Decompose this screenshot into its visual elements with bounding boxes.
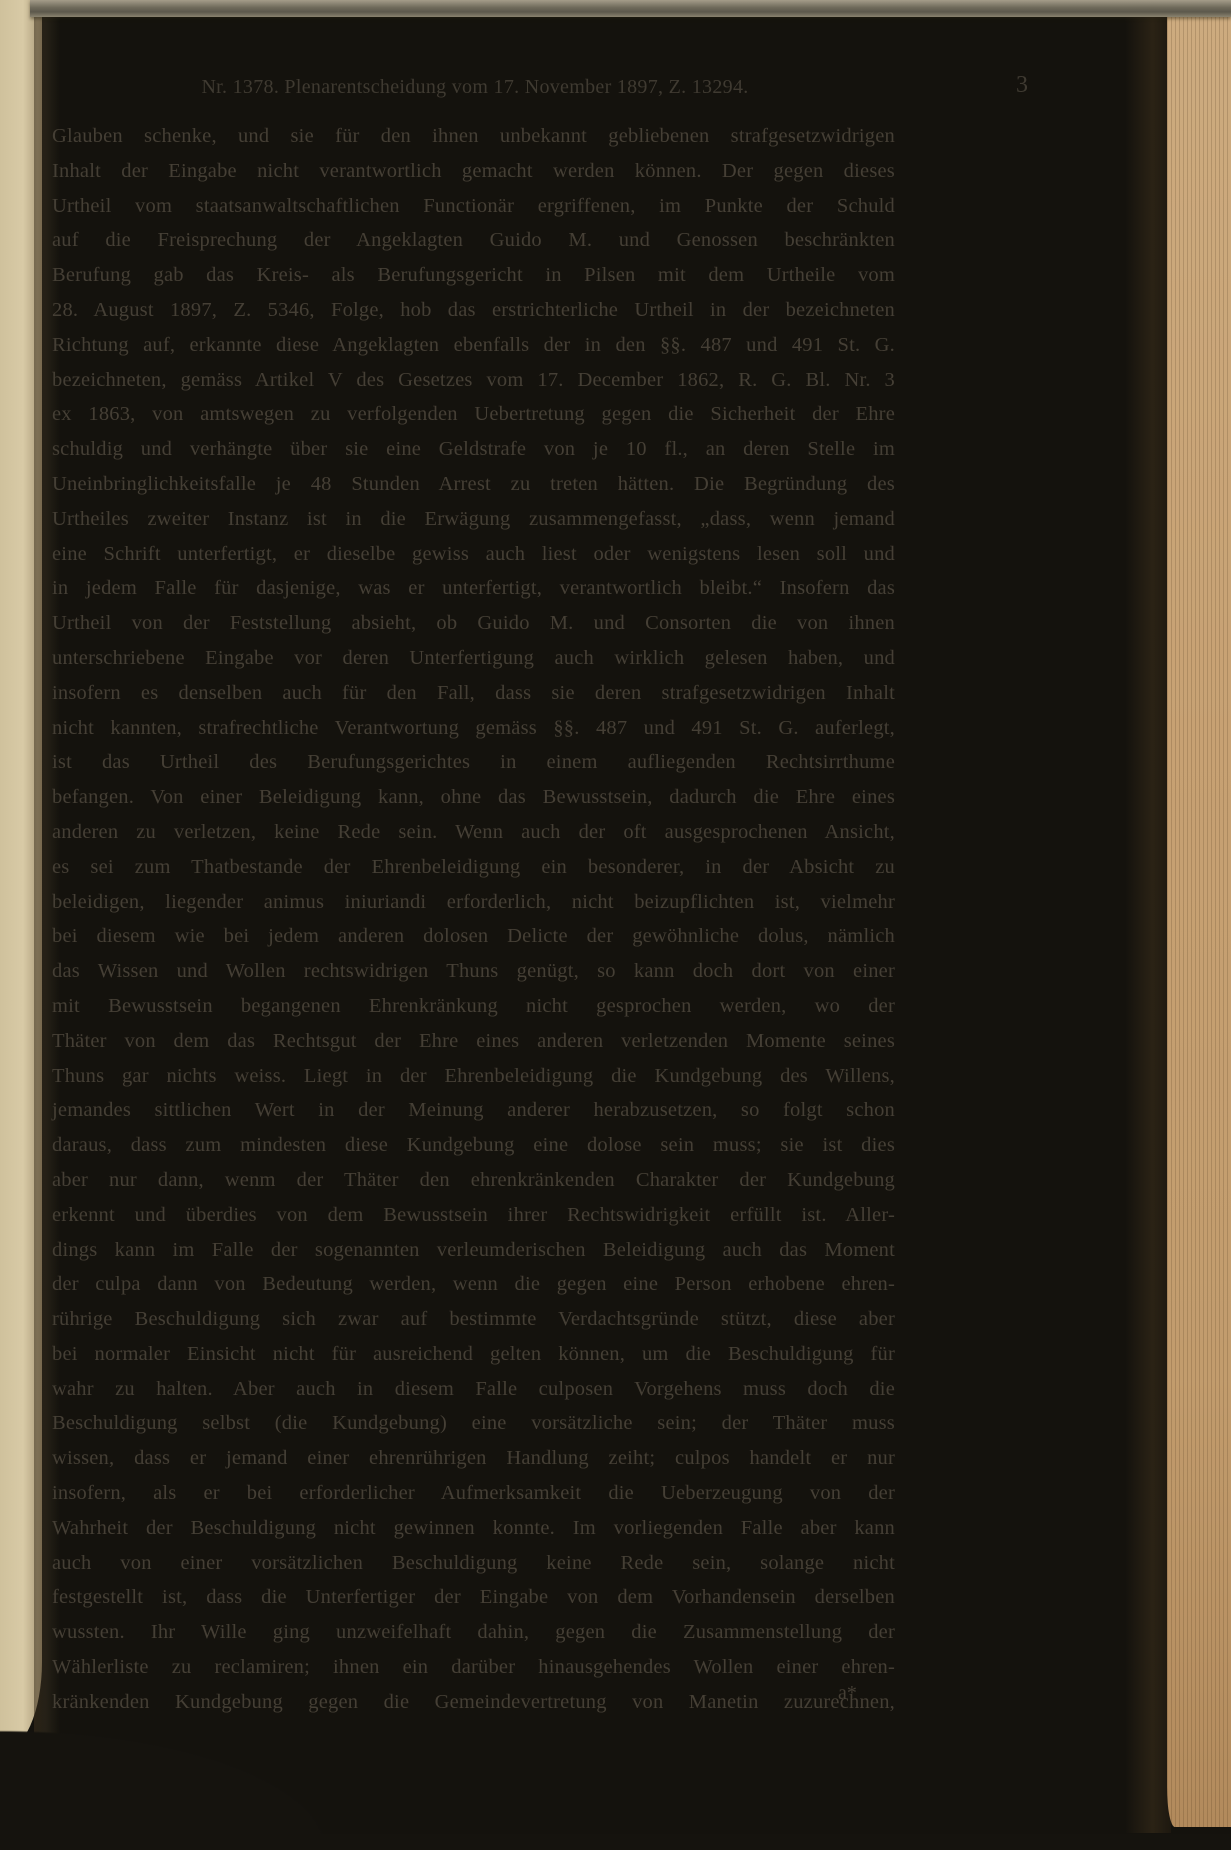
text-line: in jedem Falle für dasjenige, was er unt… <box>52 571 895 606</box>
text-line: ist das Urtheil des Berufungsgerichtes i… <box>52 745 895 780</box>
text-line: Thäter von dem das Rechtsgut der Ehre ei… <box>52 1024 895 1059</box>
background-shadow <box>0 1700 470 1850</box>
text-line: eine Schrift unterfertigt, er dieselbe g… <box>52 537 895 572</box>
page-number: 3 <box>1016 72 1028 99</box>
text-line: bei diesem wie bei jedem anderen dolosen… <box>52 919 895 954</box>
text-line: kränkenden Kundgebung gegen die Gemeinde… <box>52 1685 895 1720</box>
text-line: jemandes sittlichen Wert in der Meinung … <box>52 1093 895 1128</box>
text-line: wahr zu halten. Aber auch in diesem Fall… <box>52 1372 895 1407</box>
text-line: Uneinbringlichkeitsfalle je 48 Stunden A… <box>52 467 895 502</box>
text-line: auf die Freisprechung der Angeklagten Gu… <box>52 223 895 258</box>
text-line: schuldig und verhängte über sie eine Gel… <box>52 432 895 467</box>
text-line: Urtheiles zweiter Instanz ist in die Erw… <box>52 502 895 537</box>
text-line: es sei zum Thatbestande der Ehrenbeleidi… <box>52 850 895 885</box>
text-line: der culpa dann von Bedeutung werden, wen… <box>52 1267 895 1302</box>
text-line: Urtheil vom staatsanwaltschaftlichen Fun… <box>52 189 895 224</box>
text-line: Glauben schenke, und sie für den ihnen u… <box>52 119 895 154</box>
text-line: Richtung auf, erkannte diese Angeklagten… <box>52 328 895 363</box>
text-line: insofern es denselben auch für den Fall,… <box>52 676 895 711</box>
top-edge-pages <box>30 0 1231 17</box>
text-line: unterschriebene Eingabe vor deren Unterf… <box>52 641 895 676</box>
background-band <box>0 1834 1231 1850</box>
text-line: Inhalt der Eingabe nicht verantwortlich … <box>52 154 895 189</box>
text-line: festgestellt ist, dass die Unterfertiger… <box>52 1580 895 1615</box>
book-photo: Nr. 1378. Plenarentscheidung vom 17. Nov… <box>0 0 1231 1850</box>
text-line: mit Bewusstsein begangenen Ehrenkränkung… <box>52 989 895 1024</box>
text-line: Beschuldigung selbst (die Kundgebung) ei… <box>52 1406 895 1441</box>
text-line: auch von einer vorsätzlichen Beschuldigu… <box>52 1546 895 1581</box>
text-line: das Wissen und Wollen rechtswidrigen Thu… <box>52 954 895 989</box>
text-line: daraus, dass zum mindesten diese Kundgeb… <box>52 1128 895 1163</box>
text-line: wussten. Ihr Wille ging unzweifelhaft da… <box>52 1615 895 1650</box>
text-line: erkennt und überdies von dem Bewusstsein… <box>52 1198 895 1233</box>
text-line: bezeichneten, gemäss Artikel V des Geset… <box>52 363 895 398</box>
text-line: Urtheil von der Feststellung absieht, ob… <box>52 606 895 641</box>
running-head: Nr. 1378. Plenarentscheidung vom 17. Nov… <box>150 76 800 99</box>
text-line: dings kann im Falle der sogenannten verl… <box>52 1233 895 1268</box>
text-line: bei normaler Einsicht nicht für ausreich… <box>52 1337 895 1372</box>
page-curl-shadow <box>1125 13 1171 1833</box>
body-text: Glauben schenke, und sie für den ihnen u… <box>52 119 895 1720</box>
text-line: aber nur dann, wenm der Thäter den ehren… <box>52 1163 895 1198</box>
text-line: Wählerliste zu reclamiren; ihnen ein dar… <box>52 1650 895 1685</box>
text-line: wissen, dass er jemand einer ehrenrührig… <box>52 1441 895 1476</box>
text-line: 28. August 1897, Z. 5346, Folge, hob das… <box>52 293 895 328</box>
text-line: Thuns gar nichts weiss. Liegt in der Ehr… <box>52 1059 895 1094</box>
text-line: rührige Beschuldigung sich zwar auf best… <box>52 1302 895 1337</box>
signature-mark: a* <box>838 1682 857 1705</box>
text-line: beleidigen, liegender animus iniuriandi … <box>52 885 895 920</box>
text-line: befangen. Von einer Beleidigung kann, oh… <box>52 780 895 815</box>
text-line: anderen zu verletzen, keine Rede sein. W… <box>52 815 895 850</box>
fore-edge-pages <box>1167 11 1231 1827</box>
text-line: insofern, als er bei erforderlicher Aufm… <box>52 1476 895 1511</box>
text-line: ex 1863, von amtswegen zu verfolgenden U… <box>52 397 895 432</box>
text-line: Berufung gab das Kreis- als Berufungsger… <box>52 258 895 293</box>
text-line: Wahrheit der Beschuldigung nicht gewinne… <box>52 1511 895 1546</box>
text-line: nicht kannten, strafrechtliche Verantwor… <box>52 711 895 746</box>
